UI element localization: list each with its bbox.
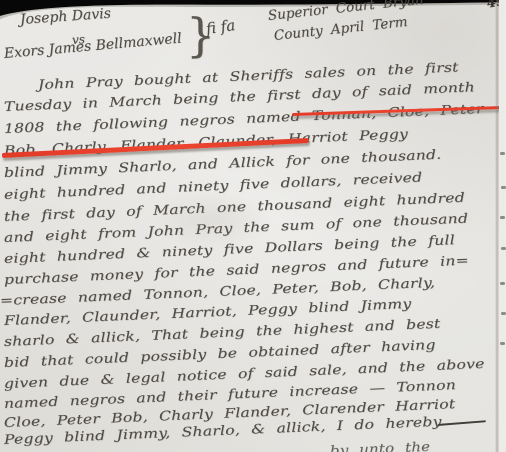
paper-smudge <box>150 190 270 250</box>
ink-strikethrough <box>438 420 486 426</box>
page-fold-line <box>495 0 499 452</box>
adjacent-page-sliver <box>499 0 506 452</box>
defendant-name: Exors James Bellmaxwell <box>3 30 182 61</box>
plaintiff-name: Joseph Davis <box>19 6 111 28</box>
manuscript-line-partial: by unto the <box>330 440 431 452</box>
writ-label: fi fa <box>205 16 237 38</box>
manuscript-scan-page: 49 Joseph Davis vs Exors James Bellmaxwe… <box>0 0 506 452</box>
